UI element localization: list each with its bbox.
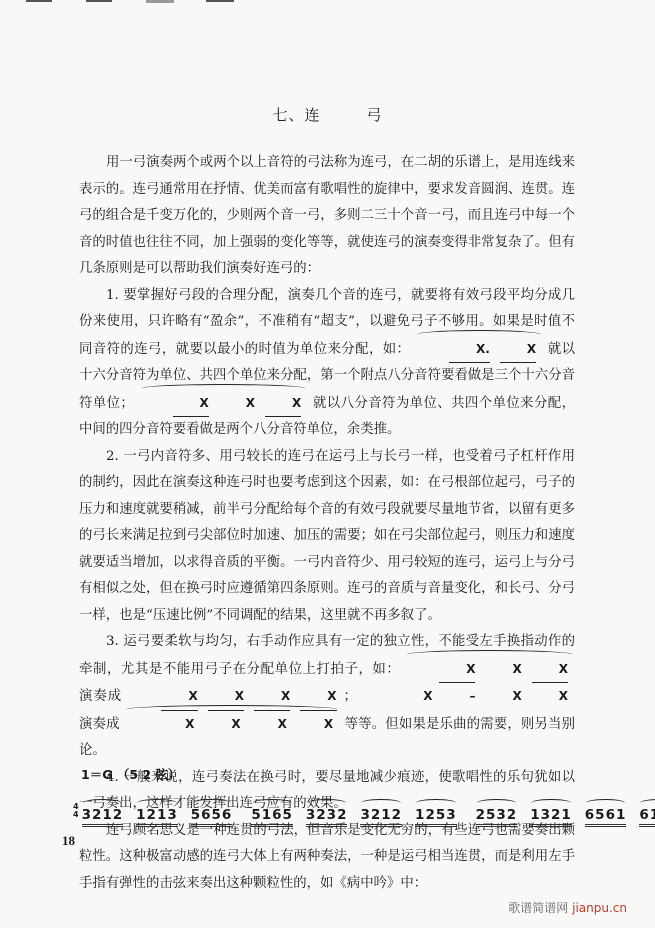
- note-group: 1253: [415, 799, 457, 823]
- principle-3: 3. 运弓要柔软与均匀，右手动作应具有一定的独立性，不能受左手换指动作的牵制，尤…: [79, 629, 575, 765]
- watermark: 歌谱简谱网 jianpu.cn: [508, 899, 627, 916]
- note-group: 2532: [476, 799, 518, 823]
- closing-paragraph: 连弓顾名思义是一种连贯的弓法，但音乐是变化无穷的，有些连弓也需要奏出颗粒性。这种…: [79, 818, 575, 898]
- note-group: 6165: [639, 799, 655, 823]
- notation-example: X.X: [415, 336, 543, 364]
- page-number: 18: [62, 833, 75, 849]
- notation-example: X–XX: [362, 683, 575, 710]
- notation-example: XXXX: [124, 711, 340, 738]
- principle-2: 2. 一弓内音符多、用弓较长的连弓在运弓上与长弓一样，也受着弓子杠杆作用的制约，…: [79, 444, 575, 630]
- key-signature: 1＝G （5 2 弦）: [81, 765, 633, 783]
- note-group: 5656: [191, 799, 233, 823]
- section-title: 七、连弓: [0, 104, 655, 125]
- note-group: 3232: [306, 799, 348, 823]
- notation-example: XXX: [405, 656, 575, 684]
- time-signature: 44: [73, 803, 79, 819]
- jianpu-score: 1＝G （5 2 弦） 44 3212 1213 5656 5165 3232 …: [73, 765, 633, 823]
- notation-example: XXX: [139, 390, 309, 418]
- principle-1: 1. 要掌握好弓段的合理分配，演奏几个音的连弓，就要将有效弓段平均分成几份来使用…: [79, 283, 575, 444]
- note-group: 1213: [136, 799, 178, 823]
- note-group: 6561: [585, 799, 627, 823]
- score-line: 44 3212 1213 5656 5165 3232 3212 1253 25…: [73, 797, 633, 823]
- top-edge-marks: [0, 0, 260, 4]
- note-group: 3212: [82, 799, 124, 823]
- note-group: 3212: [360, 799, 402, 823]
- intro-paragraph: 用一弓演奏两个或两个以上音符的弓法称为连弓，在二胡的乐谱上，是用连线来表示的。连…: [79, 150, 575, 283]
- note-group: 5165: [251, 799, 293, 823]
- note-group: 1321: [530, 799, 572, 823]
